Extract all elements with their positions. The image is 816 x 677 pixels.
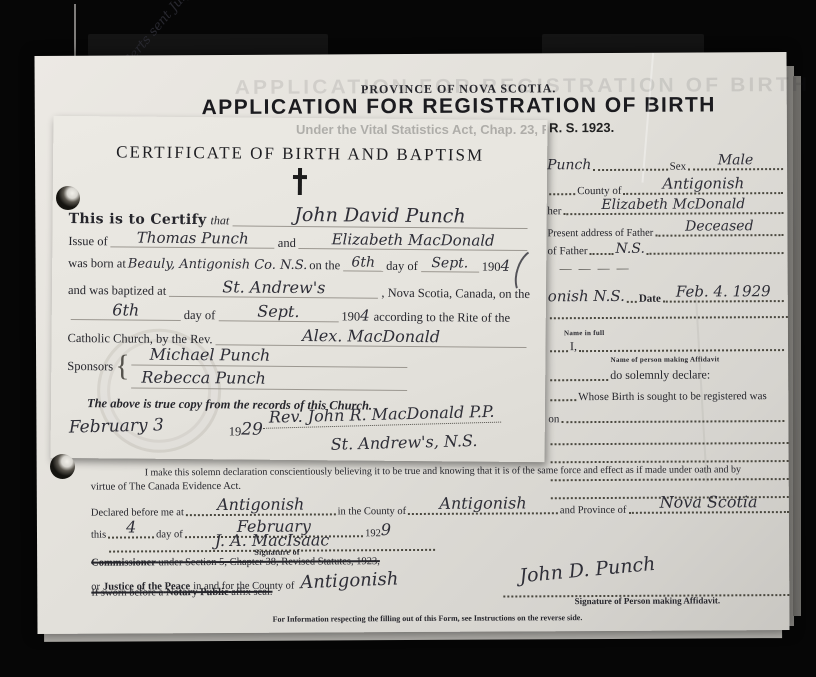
issue-of-label: Issue of — [68, 234, 107, 249]
baptism-certificate: CERTIFICATE OF BIRTH AND BAPTISM This is… — [51, 116, 548, 462]
field-date: onish N.S. Date Feb. 4. 1929 — [548, 282, 786, 305]
commissioner-bold: Commissioner — [91, 557, 156, 568]
child-name: John David Punch — [232, 203, 528, 229]
of-father-value: N.S. — [615, 241, 644, 257]
notary-pre: If sworn before a — [91, 587, 163, 598]
mother-name: Elizabeth MacDonald — [299, 230, 528, 251]
dotted-rule — [550, 314, 788, 319]
this-label: this — [91, 530, 106, 541]
dotted-leader — [579, 349, 784, 352]
surname-value: Punch — [547, 157, 591, 173]
commissioner-line-struck: Commissioner under Section 5, Chapter 38… — [91, 556, 380, 569]
dotted-leader — [647, 252, 784, 255]
certificate-title: CERTIFICATE OF BIRTH AND BAPTISM — [53, 142, 547, 166]
i-label: I, — [570, 339, 577, 354]
year-printed: 19 — [229, 424, 242, 439]
year-printed: 190 — [341, 309, 360, 324]
baptism-year: 4 — [360, 307, 370, 325]
mother-label-fragment: her — [547, 205, 561, 217]
whose-birth-text: Whose Birth is sought to be registered w… — [578, 390, 767, 403]
dotted-rule — [551, 458, 789, 463]
on-row: on — [548, 412, 786, 425]
dotted-leader — [590, 251, 614, 255]
date-label: Date — [639, 293, 661, 305]
baptism-day: 6th — [71, 300, 181, 321]
certify-gothic-label: This is to Certify — [69, 211, 207, 228]
county-value: Antigonish — [623, 174, 783, 195]
dotted-rule — [551, 440, 789, 445]
father-name: Thomas Punch — [111, 228, 275, 248]
rite-label: according to the Rite of the — [374, 310, 511, 326]
dotted-leader — [593, 169, 667, 171]
name-in-full-label: Name in full — [564, 329, 605, 337]
crease-line — [695, 293, 708, 483]
dotted-leader — [627, 299, 637, 303]
binder-shadow-left — [88, 34, 328, 56]
whose-birth-row: Whose Birth is sought to be registered w… — [548, 390, 792, 403]
footer-instructions: For Information respecting the filling o… — [177, 613, 677, 625]
field-i-declarant: I, — [548, 338, 786, 354]
notary-rest: affix seal. — [231, 587, 272, 598]
dotted-leader — [550, 348, 568, 352]
baptism-month: Sept. — [218, 301, 338, 322]
punch-hole-bottom — [50, 454, 75, 479]
sponsors-list: Michael Punch Rebecca Punch — [131, 345, 407, 391]
priest-signature-place: St. Andrew's, N.S. — [330, 431, 477, 454]
page-edge-stack — [793, 76, 801, 616]
birth-row: was born at Beauly, Antigonish Co. N.S. … — [68, 252, 530, 275]
affiant-signature-label: Signature of Person making Affidavit. — [507, 595, 787, 606]
declared-before-row: Declared before me at Antigonish in the … — [91, 492, 791, 519]
on-label: on — [548, 413, 559, 425]
province-label: and Province of — [560, 505, 627, 516]
year-printed: 190 — [482, 260, 501, 275]
baptized-at-label: and was baptized at — [68, 283, 166, 299]
birth-day: 6th — [343, 254, 383, 271]
crease-line — [74, 4, 76, 56]
sponsors-label: Sponsors — [67, 358, 113, 373]
of-father-label: of Father — [547, 245, 587, 257]
dotted-leader — [549, 191, 575, 195]
affiant-signature: John D. Punch — [518, 553, 656, 588]
baptism-date-row: 6th day of Sept. 190 4 according to the … — [68, 300, 530, 326]
birthplace: Beauly, Antigonish Co. N.S. — [128, 257, 308, 274]
church-name: St. Andrew's — [169, 277, 378, 299]
dotted-rule — [551, 476, 789, 481]
sex-label: Sex — [670, 161, 687, 173]
sponsor-2: Rebecca Punch — [131, 366, 407, 391]
mother-value: Elizabeth McDonald — [563, 196, 783, 215]
dotted-leader — [550, 377, 608, 381]
sponsors-block: Sponsors { Michael Punch Rebecca Punch — [67, 344, 407, 391]
notary-bold: Notary Public — [166, 587, 229, 598]
certify-row: This is to Certify that John David Punch — [69, 202, 531, 231]
birth-year: 4 — [500, 257, 510, 275]
notary-line-struck: If sworn before a Notary Public affix se… — [91, 587, 272, 599]
field-father-address: Present address of Father Deceased — [547, 218, 785, 239]
ghost-subtitle: Under the Vital Statistics Act, Chap. 23… — [296, 121, 546, 138]
parents-row: Issue of Thomas Punch and Elizabeth MacD… — [68, 228, 530, 253]
certificate-date: February 3 — [69, 415, 164, 437]
field-of-father: of Father N.S. — [547, 240, 785, 257]
scanned-document-photo: APPLICATION FOR REGISTRATION OF BIRTH PR… — [0, 0, 816, 677]
sponsor-1: Michael Punch — [132, 345, 408, 368]
baptized-row: and was baptized at St. Andrew's , Nova … — [68, 276, 530, 302]
field-surname-sex: Punch Sex Male — [547, 152, 785, 173]
date-value: Feb. 4. 1929 — [663, 282, 784, 303]
declare-label: do solemnly declare: — [610, 367, 710, 383]
affidavit-name-label: Name of person making Affidavit — [560, 355, 770, 364]
nova-scotia-label: , Nova Scotia, Canada, on the — [381, 286, 530, 302]
place-fragment: onish N.S. — [548, 287, 625, 305]
day-of-label: day of — [386, 259, 418, 274]
punch-hole-top — [56, 186, 80, 210]
field-mother: her Elizabeth McDonald — [547, 196, 785, 217]
certify-that-label: that — [211, 213, 230, 228]
birth-month: Sept. — [421, 255, 479, 273]
father-address-value: Deceased — [655, 218, 783, 237]
jp-county-value: Antigonish — [300, 568, 399, 593]
field-county: County of Antigonish — [547, 174, 785, 197]
province-value: Nova Scotia — [628, 492, 789, 514]
county-value: Antigonish — [408, 493, 558, 515]
dotted-leader — [550, 397, 576, 401]
sponsors-brace: { — [115, 349, 130, 383]
priest-name: Alex. MacDonald — [216, 325, 527, 348]
sex-value: Male — [688, 152, 783, 170]
declare-row: do solemnly declare: — [548, 367, 786, 383]
year-handwritten: 29 — [241, 420, 263, 440]
father-address-label: Present address of Father — [547, 228, 653, 240]
on-the-label: on the — [309, 258, 340, 273]
and-label: and — [278, 236, 296, 251]
dotted-leader — [561, 420, 784, 423]
born-at-label: was born at — [68, 256, 126, 272]
day-of-label: day of — [184, 308, 216, 323]
county-label: County of — [577, 185, 621, 197]
declaration-line2: virtue of The Canada Evidence Act. — [91, 481, 241, 493]
dash-row: — — — — — [560, 260, 786, 276]
cross-icon — [53, 166, 547, 197]
declared-place-value: Antigonish — [186, 494, 336, 516]
commissioner-rest: under Section 5, Chapter 38, Revised Sta… — [158, 556, 379, 568]
